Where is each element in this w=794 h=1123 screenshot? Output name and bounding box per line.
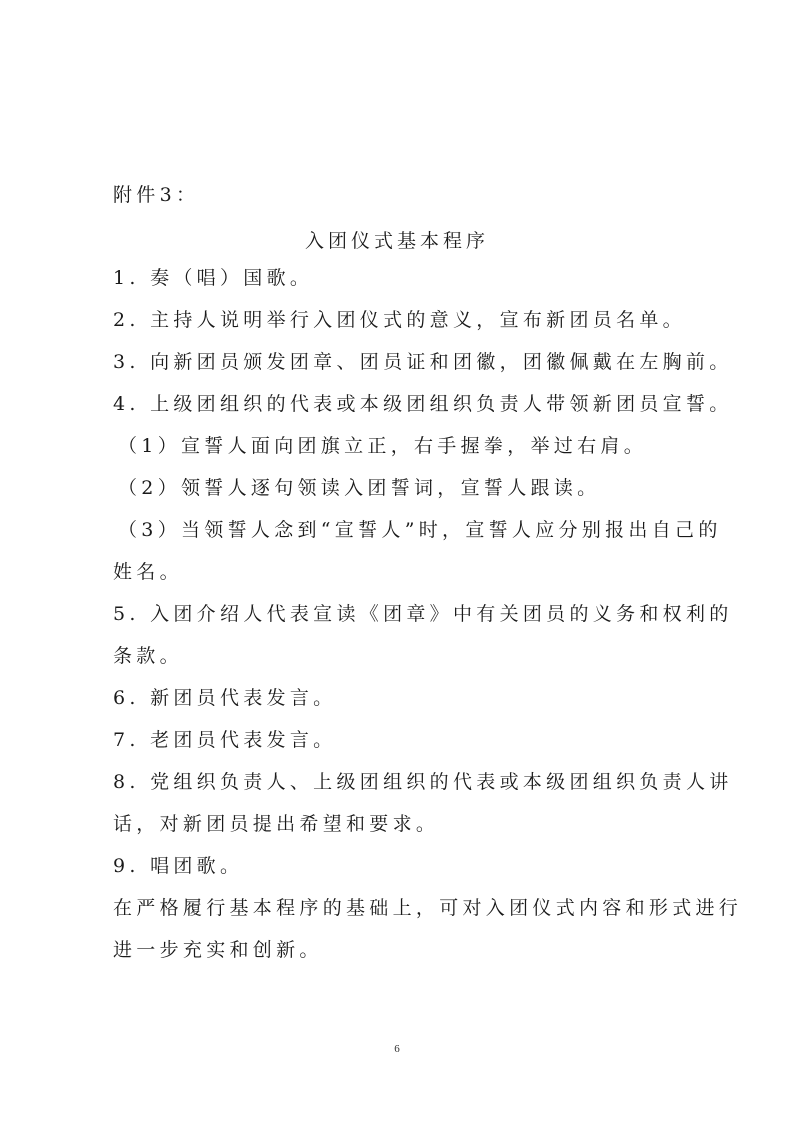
procedure-substep-3: （3）当领誓人念到“宣誓人”时，宣誓人应分别报出自己的 [118, 518, 722, 542]
procedure-step-9: 9. 唱团歌。 [113, 854, 243, 878]
procedure-step-7: 7. 老团员代表发言。 [113, 728, 336, 752]
procedure-step-3: 3. 向新团员颁发团章、团员证和团徽，团徽佩戴在左胸前。 [113, 350, 733, 374]
procedure-substep-1: （1）宣誓人面向团旗立正，右手握拳，举过右肩。 [118, 434, 647, 458]
closing-paragraph: 在严格履行基本程序的基础上，可对入团仪式内容和形式进行 [113, 896, 742, 920]
procedure-step-5: 5. 入团介绍人代表宣读《团章》中有关团员的义务和权利的 [113, 602, 733, 626]
procedure-step-1: 1. 奏（唱）国歌。 [113, 266, 313, 290]
closing-paragraph-cont: 进一步充实和创新。 [113, 938, 323, 962]
document-page: 附件3： 入团仪式基本程序 1. 奏（唱）国歌。 2. 主持人说明举行入团仪式的… [0, 0, 794, 1123]
procedure-step-8: 8. 党组织负责人、上级团组织的代表或本级团组织负责人讲 [113, 770, 733, 794]
procedure-step-5-cont: 条款。 [113, 644, 183, 668]
procedure-step-2: 2. 主持人说明举行入团仪式的意义，宣布新团员名单。 [113, 308, 686, 332]
procedure-substep-3-cont: 姓名。 [113, 560, 183, 584]
procedure-step-4: 4. 上级团组织的代表或本级团组织负责人带领新团员宣誓。 [113, 392, 733, 416]
procedure-substep-2: （2）领誓人逐句领读入团誓词，宣誓人跟读。 [118, 476, 600, 500]
page-number: 6 [0, 1043, 794, 1055]
procedure-step-6: 6. 新团员代表发言。 [113, 686, 336, 710]
document-title: 入团仪式基本程序 [0, 229, 794, 253]
attachment-label: 附件3： [113, 183, 199, 207]
procedure-step-8-cont: 话，对新团员提出希望和要求。 [113, 812, 439, 836]
